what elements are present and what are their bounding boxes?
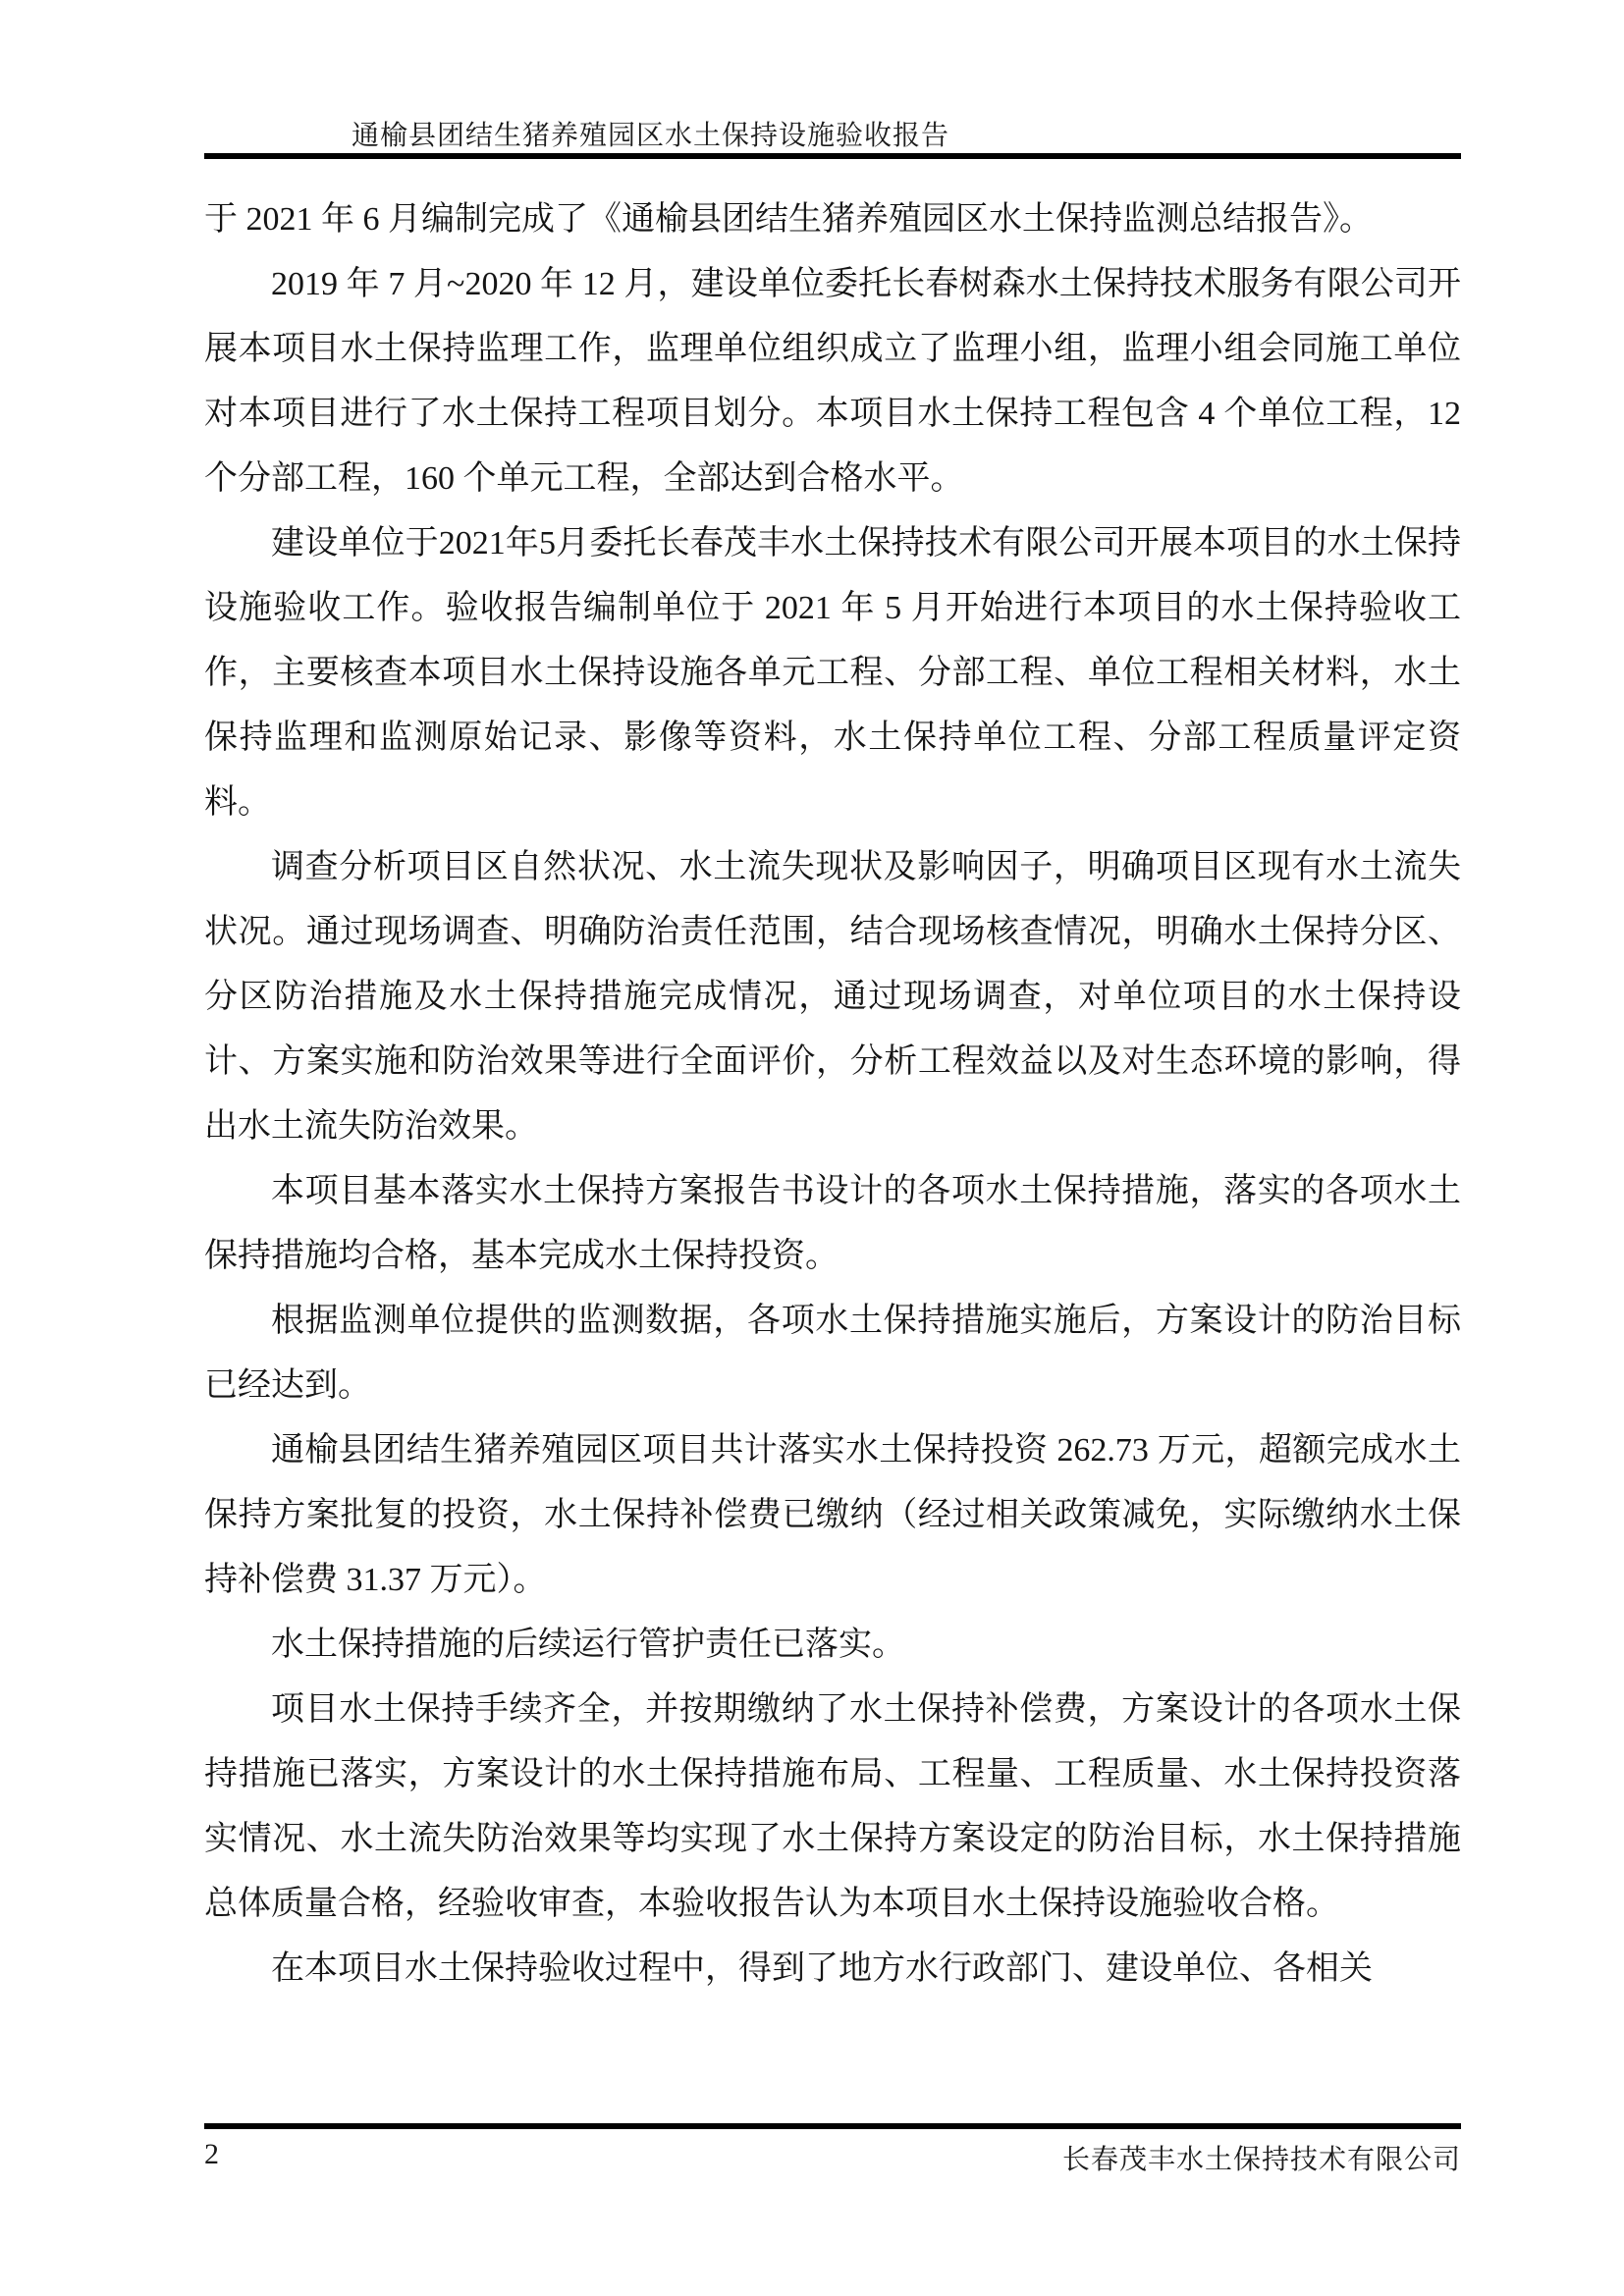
body-text: 于 2021 年 6 月编制完成了《通榆县团结生猪养殖园区水土保持监测总结报告》… [204, 187, 1461, 2002]
body-paragraph: 调查分析项目区自然状况、水土流失现状及影响因子，明确项目区现有水土流失状况。通过… [204, 835, 1461, 1159]
header-rule [204, 153, 1461, 159]
footer-rule [204, 2123, 1461, 2129]
body-paragraph: 根据监测单位提供的监测数据，各项水土保持措施实施后，方案设计的防治目标已经达到。 [204, 1289, 1461, 1418]
page-header-title: 通榆县团结生猪养殖园区水土保持设施验收报告 [352, 114, 949, 153]
body-paragraph: 在本项目水土保持验收过程中，得到了地方水行政部门、建设单位、各相关 [204, 1937, 1461, 2002]
page-footer: 2 长春茂丰水土保持技术有限公司 [204, 2138, 1461, 2177]
page-number: 2 [204, 2138, 219, 2171]
body-paragraph: 通榆县团结生猪养殖园区项目共计落实水土保持投资 262.73 万元，超额完成水土… [204, 1418, 1461, 1613]
body-paragraph: 水土保持措施的后续运行管护责任已落实。 [204, 1613, 1461, 1678]
footer-company: 长春茂丰水土保持技术有限公司 [1062, 2138, 1461, 2177]
body-paragraph: 项目水土保持手续齐全，并按期缴纳了水土保持补偿费，方案设计的各项水土保持措施已落… [204, 1678, 1461, 1937]
body-paragraph: 于 2021 年 6 月编制完成了《通榆县团结生猪养殖园区水土保持监测总结报告》… [204, 187, 1461, 252]
body-paragraph: 建设单位于2021年5月委托长春茂丰水土保持技术有限公司开展本项目的水土保持设施… [204, 511, 1461, 835]
document-page: 通榆县团结生猪养殖园区水土保持设施验收报告 于 2021 年 6 月编制完成了《… [0, 0, 1624, 2296]
body-paragraph: 本项目基本落实水土保持方案报告书设计的各项水土保持措施，落实的各项水土保持措施均… [204, 1159, 1461, 1289]
body-paragraph: 2019 年 7 月~2020 年 12 月，建设单位委托长春树森水土保持技术服… [204, 252, 1461, 511]
